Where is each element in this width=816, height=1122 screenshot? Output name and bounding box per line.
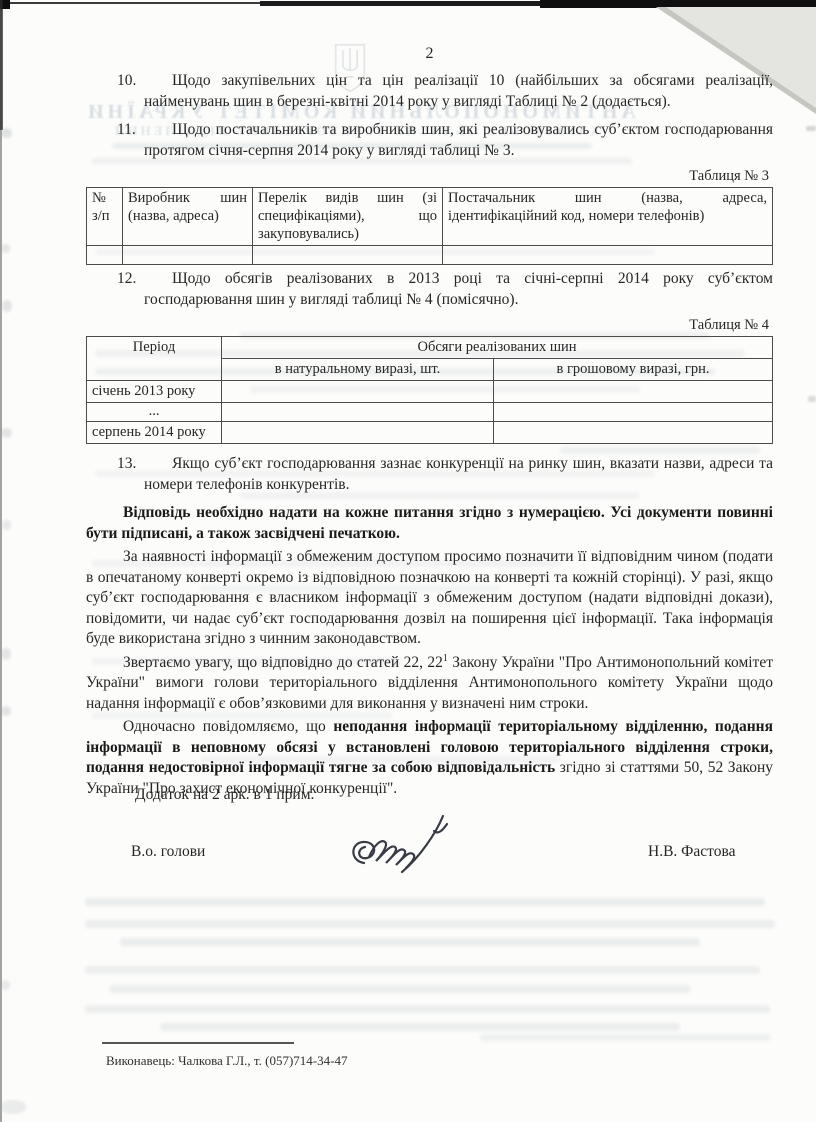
col-header: в грошовому виразі, грн. <box>494 359 773 381</box>
bleed-through-mark <box>110 985 690 993</box>
suppliers-table: № з/п Виробник шин (назва, адреса) Перел… <box>86 187 773 265</box>
empty-cell <box>222 403 494 422</box>
empty-cell <box>494 403 773 422</box>
footnote-rule <box>102 1042 294 1044</box>
attention-paragraph: Звертаємо увагу, що відповідно до статей… <box>86 653 773 715</box>
signature-scribble <box>348 811 468 883</box>
scan-smudge <box>806 126 816 131</box>
bleed-through-mark <box>2 300 12 312</box>
restricted-info-paragraph: За наявності інформації з обмеженим дост… <box>86 547 773 650</box>
bleed-through-mark <box>1 980 10 990</box>
empty-cell <box>253 246 443 265</box>
bleed-through-mark <box>2 520 11 530</box>
period-cell: серпень 2014 року <box>87 422 222 444</box>
empty-cell <box>123 246 253 265</box>
scan-edge-top <box>540 0 816 8</box>
col-header: Перелік видів шин (зі специфікаціями), щ… <box>253 188 443 246</box>
table3-caption: Таблиця № 3 <box>86 169 769 184</box>
bleed-through-mark <box>85 1005 770 1013</box>
bleed-through-mark <box>1 648 11 660</box>
signer-name: Н.В. Фастова <box>648 843 735 861</box>
attachment-note: Додаток на 2 арк. в 1 прим. <box>135 786 314 804</box>
bleed-through-mark <box>85 966 760 974</box>
empty-cell <box>494 381 773 403</box>
paragraph-number: 13. <box>117 454 136 475</box>
paragraph-text: Якщо суб’єкт господарювання зазнає конку… <box>144 455 773 493</box>
table-row: ... <box>87 403 773 422</box>
paragraph-11: 11. Щодо постачальників та виробників ши… <box>144 120 773 161</box>
table-header-row: Період Обсяги реалізованих шин <box>87 337 773 359</box>
paragraph-number: 10. <box>117 71 136 92</box>
col-header: в натуральному виразі, шт. <box>222 359 494 381</box>
scan-smudge <box>808 396 816 402</box>
attention-text: Звертаємо увагу, що відповідно до статей… <box>123 654 443 671</box>
col-header: Період <box>87 337 222 381</box>
empty-cell <box>494 422 773 444</box>
table-row <box>87 246 773 265</box>
bleed-through-mark <box>85 920 775 928</box>
bleed-through-mark <box>85 898 765 906</box>
signer-role: В.о. голови <box>131 843 205 861</box>
table4-caption: Таблиця № 4 <box>86 318 769 333</box>
table-header-row: № з/п Виробник шин (назва, адреса) Перел… <box>87 188 773 246</box>
executor-text: Виконавець: Чалкова Г.Л., т. (057)714-34… <box>106 1053 347 1069</box>
liability-text: Одночасно повідомляємо, що <box>123 718 333 735</box>
bleed-through-mark <box>1 706 11 716</box>
bold-notice-paragraph: Відповідь необхідно надати на кожне пита… <box>86 503 773 544</box>
col-header: Виробник шин (назва, адреса) <box>123 188 253 246</box>
scan-edge-left <box>0 0 2 1122</box>
col-header: № з/п <box>87 188 123 246</box>
bleed-through-mark <box>160 1023 680 1031</box>
paragraph-text: Щодо обсягів реалізованих в 2013 році та… <box>144 270 773 308</box>
empty-cell <box>222 422 494 444</box>
paragraph-text: Щодо закупівельних цін та цін реалізації… <box>144 72 773 110</box>
bleed-through-mark <box>1 128 12 138</box>
bleed-through-mark <box>120 938 700 946</box>
page-number: 2 <box>86 44 773 64</box>
paragraph-10: 10. Щодо закупівельних цін та цін реаліз… <box>144 71 773 112</box>
scanned-document-page: АНТИМОНОПОЛЬНИЙ КОМІТЕТ УКРАЇНИ ХАРКІВСЬ… <box>0 0 816 1122</box>
period-cell: січень 2013 року <box>87 381 222 403</box>
scan-edge-top <box>260 1 560 6</box>
period-cell: ... <box>87 403 222 422</box>
sales-volumes-table: Період Обсяги реалізованих шин в натурал… <box>86 336 773 444</box>
paragraph-13: 13. Якщо суб’єкт господарювання зазнає к… <box>144 454 773 495</box>
table-row: січень 2013 року <box>87 381 773 403</box>
bleed-through-mark <box>1 244 10 253</box>
group-header: Обсяги реалізованих шин <box>222 337 773 359</box>
col-header: Постачальник шин (назва, адреса, ідентиф… <box>443 188 773 246</box>
executor-footnote: Виконавець: Чалкова Г.Л., т. (057)714-34… <box>102 1042 347 1069</box>
paragraph-number: 12. <box>117 269 136 290</box>
paragraph-text: Щодо постачальників та виробників шин, я… <box>144 121 773 159</box>
empty-cell <box>87 246 123 265</box>
document-body: 2 10. Щодо закупівельних цін та цін реал… <box>86 32 773 799</box>
empty-cell <box>222 381 494 403</box>
bleed-through-mark <box>1 428 12 438</box>
empty-cell <box>443 246 773 265</box>
bleed-through-mark <box>480 1034 770 1041</box>
bleed-through-mark <box>0 1100 26 1114</box>
scan-edge-left <box>0 0 3 130</box>
paragraph-number: 11. <box>117 120 136 141</box>
table-row: серпень 2014 року <box>87 422 773 444</box>
paragraph-12: 12. Щодо обсягів реалізованих в 2013 роц… <box>144 269 773 310</box>
